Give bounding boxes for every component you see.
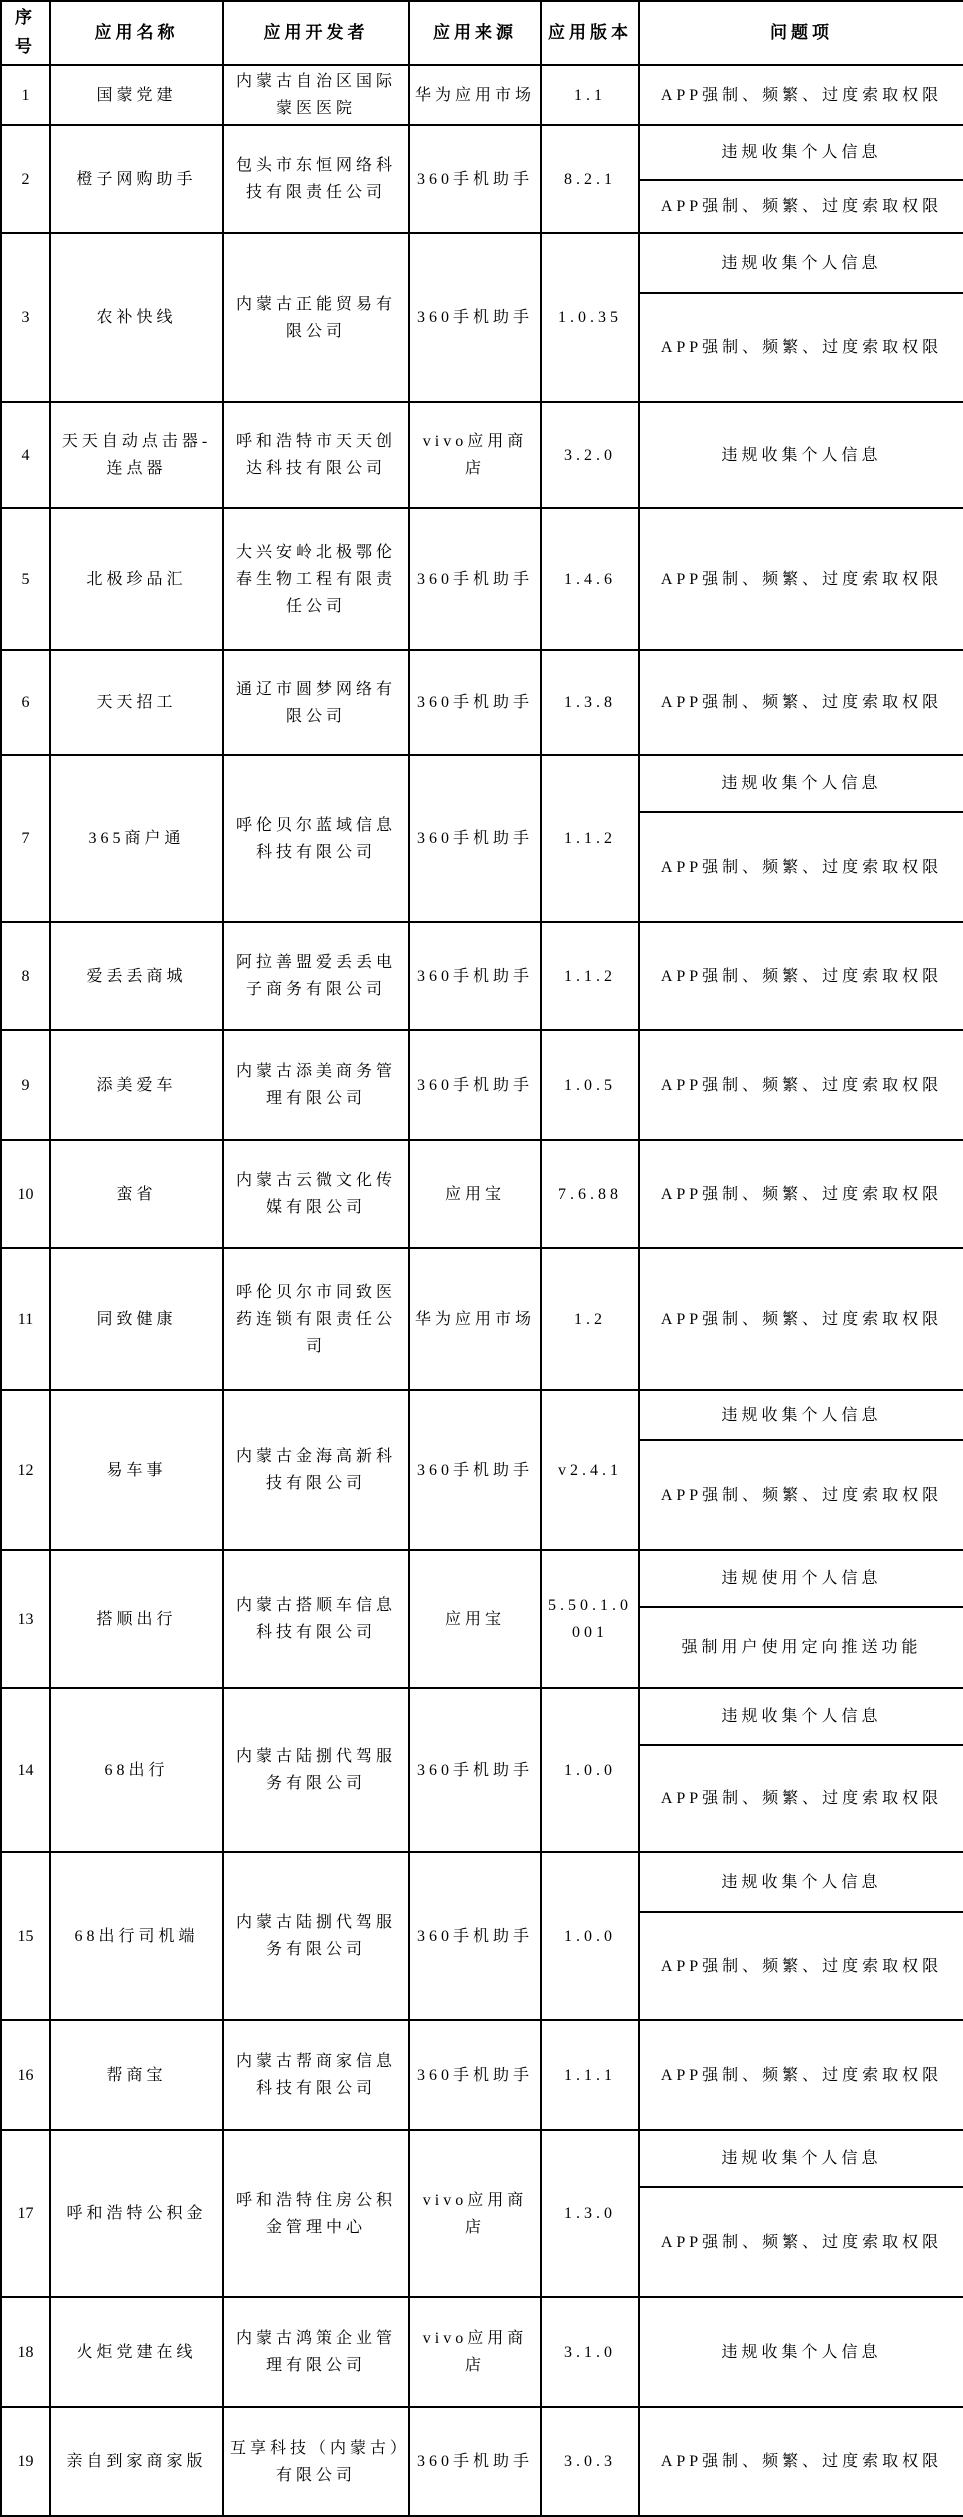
notice-page: 序号 应用名称 应用开发者 应用来源 应用版本 问题项 1国蒙党建内蒙古自治区国… xyxy=(0,0,963,2517)
cell-no: 7 xyxy=(1,755,50,922)
cell-version: 3.1.0 xyxy=(541,2297,639,2407)
cell-version: 3.0.3 xyxy=(541,2407,639,2516)
cell-issue: APP强制、频繁、过度索取权限 xyxy=(639,650,963,755)
cell-developer: 内蒙古云微文化传媒有限公司 xyxy=(223,1140,409,1248)
cell-no: 8 xyxy=(1,922,50,1030)
cell-developer: 呼和浩特住房公积金管理中心 xyxy=(223,2130,409,2297)
cell-no: 11 xyxy=(1,1248,50,1390)
app-violation-table: 序号 应用名称 应用开发者 应用来源 应用版本 问题项 1国蒙党建内蒙古自治区国… xyxy=(0,0,963,2517)
cell-source: 360手机助手 xyxy=(409,1852,541,2020)
cell-source: 360手机助手 xyxy=(409,755,541,922)
cell-app-name: 农补快线 xyxy=(50,233,223,402)
cell-developer: 内蒙古搭顺车信息科技有限公司 xyxy=(223,1550,409,1688)
cell-version: 5.50.1.0001 xyxy=(541,1550,639,1688)
cell-issue: 违规收集个人信息 xyxy=(639,125,963,180)
cell-app-name: 蛮省 xyxy=(50,1140,223,1248)
cell-no: 4 xyxy=(1,402,50,508)
cell-app-name: 365商户通 xyxy=(50,755,223,922)
table-row: 12易车事内蒙古金海高新科技有限公司360手机助手v2.4.1违规收集个人信息 xyxy=(1,1390,963,1440)
cell-issue: 违规收集个人信息 xyxy=(639,755,963,812)
header-row: 序号 应用名称 应用开发者 应用来源 应用版本 问题项 xyxy=(1,1,963,65)
cell-source: 360手机助手 xyxy=(409,1390,541,1550)
table-row: 13搭顺出行内蒙古搭顺车信息科技有限公司应用宝5.50.1.0001违规使用个人… xyxy=(1,1550,963,1607)
cell-no: 19 xyxy=(1,2407,50,2516)
cell-developer: 内蒙古正能贸易有限公司 xyxy=(223,233,409,402)
cell-no: 12 xyxy=(1,1390,50,1550)
table-row: 6天天招工通辽市圆梦网络有限公司360手机助手1.3.8APP强制、频繁、过度索… xyxy=(1,650,963,755)
cell-issue: APP强制、频繁、过度索取权限 xyxy=(639,180,963,233)
cell-issue: 强制用户使用定向推送功能 xyxy=(639,1607,963,1688)
cell-version: 7.6.88 xyxy=(541,1140,639,1248)
cell-source: 360手机助手 xyxy=(409,2407,541,2516)
cell-issue: APP强制、频繁、过度索取权限 xyxy=(639,1912,963,2020)
cell-source: 360手机助手 xyxy=(409,2020,541,2130)
cell-no: 9 xyxy=(1,1030,50,1140)
table-row: 9添美爱车内蒙古添美商务管理有限公司360手机助手1.0.5APP强制、频繁、过… xyxy=(1,1030,963,1140)
cell-app-name: 添美爱车 xyxy=(50,1030,223,1140)
cell-issue: APP强制、频繁、过度索取权限 xyxy=(639,2187,963,2297)
cell-version: 1.2 xyxy=(541,1248,639,1390)
cell-app-name: 北极珍品汇 xyxy=(50,508,223,650)
cell-issue: APP强制、频繁、过度索取权限 xyxy=(639,1140,963,1248)
cell-issue: 违规收集个人信息 xyxy=(639,2130,963,2187)
cell-developer: 内蒙古鸿策企业管理有限公司 xyxy=(223,2297,409,2407)
cell-issue: APP强制、频繁、过度索取权限 xyxy=(639,1248,963,1390)
cell-app-name: 帮商宝 xyxy=(50,2020,223,2130)
cell-no: 16 xyxy=(1,2020,50,2130)
col-header-version: 应用版本 xyxy=(541,1,639,65)
cell-version: 8.2.1 xyxy=(541,125,639,233)
cell-source: vivo应用商店 xyxy=(409,2297,541,2407)
cell-issue: 违规收集个人信息 xyxy=(639,2297,963,2407)
cell-issue: APP强制、频繁、过度索取权限 xyxy=(639,2407,963,2516)
cell-no: 17 xyxy=(1,2130,50,2297)
cell-app-name: 国蒙党建 xyxy=(50,65,223,125)
table-row: 11同致健康呼伦贝尔市同致医药连锁有限责任公司华为应用市场1.2APP强制、频繁… xyxy=(1,1248,963,1390)
table-row: 17呼和浩特公积金呼和浩特住房公积金管理中心vivo应用商店1.3.0违规收集个… xyxy=(1,2130,963,2187)
cell-app-name: 火炬党建在线 xyxy=(50,2297,223,2407)
cell-app-name: 同致健康 xyxy=(50,1248,223,1390)
cell-developer: 大兴安岭北极鄂伦春生物工程有限责任公司 xyxy=(223,508,409,650)
cell-source: 360手机助手 xyxy=(409,650,541,755)
table-body: 1国蒙党建内蒙古自治区国际蒙医医院华为应用市场1.1APP强制、频繁、过度索取权… xyxy=(1,65,963,2516)
cell-developer: 内蒙古自治区国际蒙医医院 xyxy=(223,65,409,125)
cell-version: 1.0.0 xyxy=(541,1852,639,2020)
cell-version: 1.3.8 xyxy=(541,650,639,755)
table-row: 16帮商宝内蒙古帮商家信息科技有限公司360手机助手1.1.1APP强制、频繁、… xyxy=(1,2020,963,2130)
cell-version: 1.3.0 xyxy=(541,2130,639,2297)
table-header: 序号 应用名称 应用开发者 应用来源 应用版本 问题项 xyxy=(1,1,963,65)
cell-app-name: 天天自动点击器-连点器 xyxy=(50,402,223,508)
cell-developer: 内蒙古金海高新科技有限公司 xyxy=(223,1390,409,1550)
cell-issue: APP强制、频繁、过度索取权限 xyxy=(639,293,963,402)
cell-issue: APP强制、频繁、过度索取权限 xyxy=(639,1745,963,1852)
table-row: 2橙子网购助手包头市东恒网络科技有限责任公司360手机助手8.2.1违规收集个人… xyxy=(1,125,963,180)
table-row: 19亲自到家商家版互享科技（内蒙古）有限公司360手机助手3.0.3APP强制、… xyxy=(1,2407,963,2516)
cell-version: v2.4.1 xyxy=(541,1390,639,1550)
cell-developer: 内蒙古添美商务管理有限公司 xyxy=(223,1030,409,1140)
cell-issue: 违规收集个人信息 xyxy=(639,402,963,508)
cell-developer: 内蒙古帮商家信息科技有限公司 xyxy=(223,2020,409,2130)
cell-developer: 通辽市圆梦网络有限公司 xyxy=(223,650,409,755)
cell-app-name: 亲自到家商家版 xyxy=(50,2407,223,2516)
cell-developer: 内蒙古陆捌代驾服务有限公司 xyxy=(223,1852,409,2020)
cell-issue: APP强制、频繁、过度索取权限 xyxy=(639,922,963,1030)
cell-issue: APP强制、频繁、过度索取权限 xyxy=(639,812,963,922)
cell-no: 14 xyxy=(1,1688,50,1852)
cell-issue: 违规收集个人信息 xyxy=(639,233,963,293)
cell-no: 6 xyxy=(1,650,50,755)
cell-app-name: 搭顺出行 xyxy=(50,1550,223,1688)
cell-source: vivo应用商店 xyxy=(409,402,541,508)
table-row: 1468出行内蒙古陆捌代驾服务有限公司360手机助手1.0.0违规收集个人信息 xyxy=(1,1688,963,1745)
col-header-source: 应用来源 xyxy=(409,1,541,65)
table-row: 3农补快线内蒙古正能贸易有限公司360手机助手1.0.35违规收集个人信息 xyxy=(1,233,963,293)
table-row: 8爱丢丢商城阿拉善盟爱丢丢电子商务有限公司360手机助手1.1.2APP强制、频… xyxy=(1,922,963,1030)
cell-source: 360手机助手 xyxy=(409,508,541,650)
cell-source: 360手机助手 xyxy=(409,1688,541,1852)
cell-version: 1.0.0 xyxy=(541,1688,639,1852)
cell-version: 1.1.1 xyxy=(541,2020,639,2130)
cell-no: 15 xyxy=(1,1852,50,2020)
cell-issue: 违规收集个人信息 xyxy=(639,1390,963,1440)
cell-developer: 内蒙古陆捌代驾服务有限公司 xyxy=(223,1688,409,1852)
cell-no: 1 xyxy=(1,65,50,125)
cell-no: 18 xyxy=(1,2297,50,2407)
cell-app-name: 呼和浩特公积金 xyxy=(50,2130,223,2297)
cell-no: 2 xyxy=(1,125,50,233)
table-row: 10蛮省内蒙古云微文化传媒有限公司应用宝7.6.88APP强制、频繁、过度索取权… xyxy=(1,1140,963,1248)
table-row: 1国蒙党建内蒙古自治区国际蒙医医院华为应用市场1.1APP强制、频繁、过度索取权… xyxy=(1,65,963,125)
cell-version: 1.1.2 xyxy=(541,922,639,1030)
cell-source: vivo应用商店 xyxy=(409,2130,541,2297)
cell-source: 360手机助手 xyxy=(409,922,541,1030)
col-header-app-name: 应用名称 xyxy=(50,1,223,65)
cell-app-name: 天天招工 xyxy=(50,650,223,755)
cell-source: 360手机助手 xyxy=(409,233,541,402)
cell-issue: 违规收集个人信息 xyxy=(639,1688,963,1745)
cell-no: 10 xyxy=(1,1140,50,1248)
cell-issue: 违规使用个人信息 xyxy=(639,1550,963,1607)
table-row: 7365商户通呼伦贝尔蓝域信息科技有限公司360手机助手1.1.2违规收集个人信… xyxy=(1,755,963,812)
cell-version: 1.0.35 xyxy=(541,233,639,402)
cell-source: 华为应用市场 xyxy=(409,1248,541,1390)
cell-version: 1.4.6 xyxy=(541,508,639,650)
cell-developer: 呼伦贝尔蓝域信息科技有限公司 xyxy=(223,755,409,922)
cell-app-name: 橙子网购助手 xyxy=(50,125,223,233)
cell-developer: 阿拉善盟爱丢丢电子商务有限公司 xyxy=(223,922,409,1030)
cell-issue: APP强制、频繁、过度索取权限 xyxy=(639,65,963,125)
cell-issue: APP强制、频繁、过度索取权限 xyxy=(639,2020,963,2130)
cell-version: 1.0.5 xyxy=(541,1030,639,1140)
cell-issue: APP强制、频繁、过度索取权限 xyxy=(639,508,963,650)
cell-version: 1.1.2 xyxy=(541,755,639,922)
cell-issue: 违规收集个人信息 xyxy=(639,1852,963,1912)
cell-no: 13 xyxy=(1,1550,50,1688)
col-header-no: 序号 xyxy=(1,1,50,65)
cell-app-name: 易车事 xyxy=(50,1390,223,1550)
table-row: 1568出行司机端内蒙古陆捌代驾服务有限公司360手机助手1.0.0违规收集个人… xyxy=(1,1852,963,1912)
cell-source: 360手机助手 xyxy=(409,125,541,233)
cell-source: 应用宝 xyxy=(409,1140,541,1248)
cell-issue: APP强制、频繁、过度索取权限 xyxy=(639,1030,963,1140)
cell-source: 360手机助手 xyxy=(409,1030,541,1140)
cell-no: 3 xyxy=(1,233,50,402)
cell-no: 5 xyxy=(1,508,50,650)
cell-version: 1.1 xyxy=(541,65,639,125)
cell-issue: APP强制、频繁、过度索取权限 xyxy=(639,1440,963,1550)
cell-app-name: 68出行 xyxy=(50,1688,223,1852)
cell-developer: 包头市东恒网络科技有限责任公司 xyxy=(223,125,409,233)
cell-developer: 呼伦贝尔市同致医药连锁有限责任公司 xyxy=(223,1248,409,1390)
cell-source: 应用宝 xyxy=(409,1550,541,1688)
col-header-issues: 问题项 xyxy=(639,1,963,65)
col-header-developer: 应用开发者 xyxy=(223,1,409,65)
table-row: 5北极珍品汇大兴安岭北极鄂伦春生物工程有限责任公司360手机助手1.4.6APP… xyxy=(1,508,963,650)
cell-developer: 呼和浩特市天天创达科技有限公司 xyxy=(223,402,409,508)
cell-version: 3.2.0 xyxy=(541,402,639,508)
cell-app-name: 68出行司机端 xyxy=(50,1852,223,2020)
table-row: 4天天自动点击器-连点器呼和浩特市天天创达科技有限公司vivo应用商店3.2.0… xyxy=(1,402,963,508)
cell-source: 华为应用市场 xyxy=(409,65,541,125)
table-row: 18火炬党建在线内蒙古鸿策企业管理有限公司vivo应用商店3.1.0违规收集个人… xyxy=(1,2297,963,2407)
cell-app-name: 爱丢丢商城 xyxy=(50,922,223,1030)
cell-developer: 互享科技（内蒙古）有限公司 xyxy=(223,2407,409,2516)
